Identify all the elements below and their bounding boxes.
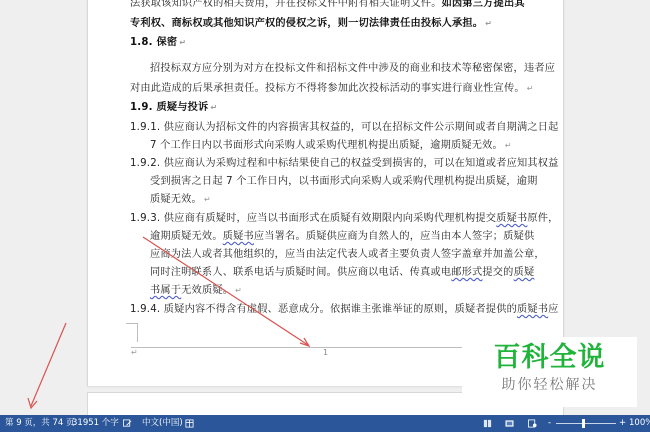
paragraph-mark: ↵ — [179, 38, 186, 47]
text-content: 对由此造成的后果承担责任。投标方不得将参加此次投标活动的事实进行商业性宣传。 — [130, 83, 525, 94]
print-layout-icon[interactable] — [505, 419, 514, 428]
zoom-slider-track[interactable] — [556, 423, 616, 424]
text-content: 7 个工作日内以书面形式向采购人或采购代理机构提出质疑，逾期质疑无效。 — [150, 140, 503, 151]
text-content: 提交的 — [482, 267, 513, 278]
text-segment-bold: 专利权、商标权或其他知识产权的侵权之诉，则一切法律责任由投标人承担。 — [130, 18, 483, 29]
clause-1-9-2-line-2: 受到损害之日起 7 个工作日内，以书面形式向采购人或采购代理机构提出质疑，逾期 — [150, 175, 538, 189]
text-content: 同时注明联系人、联系电话与质疑时间。供应商以电话、传真或电 — [150, 267, 451, 278]
zoom-in-button[interactable]: + — [619, 415, 626, 432]
text-line-confidential-1: 招投标双方应分别为对方在投标文件和招标文件中涉及的商业和技术等秘密保密，违者应 — [150, 62, 555, 76]
word-count-indicator[interactable]: 31951 个字 — [72, 415, 119, 432]
paragraph-mark: ↵ — [485, 19, 492, 28]
spellcheck-underlined-text[interactable]: 书属于 — [150, 285, 181, 296]
text-line-1: 法获取该知识产权的相关费用，并在投标文件中附有相关证明文件。如因第三方提出其 — [130, 0, 525, 11]
clause-1-9-4-line-1: 1.9.4. 质疑内容不得含有虚假、恶意成分。依据谁主张谁举证的原则，质疑者提供… — [130, 303, 559, 317]
watermark-title: 百科全说 — [462, 341, 637, 375]
text-content: 应 — [548, 304, 558, 315]
text-content: 1.9.1. 供应商认为招标文件的内容损害其权益的，可以在招标文件公示期间或者自… — [130, 122, 559, 133]
clause-1-9-3-line-2: 逾期质疑无效。质疑书应当署名。质疑供应商为自然人的，应当由本人签字；质疑供 — [150, 230, 534, 244]
text-content: 逾期质疑无效。 — [150, 231, 223, 242]
text-content: 招投标双方应分别为对方在投标文件和招标文件中涉及的商业和技术等秘密保密，违者应 — [150, 63, 555, 74]
text-content: 1.9.4. 质疑内容不得含有虚假、恶意成分。依据谁主张谁举证的原则，质疑者提供… — [130, 304, 517, 315]
watermark-subtitle: 助你轻松解决 — [462, 375, 637, 395]
text-segment-bold: 如因第三方提出其 — [442, 0, 525, 9]
heading-text: 1.9. 质疑与投诉 — [130, 102, 208, 113]
clause-1-9-3-line-3: 应商为法人或者其他组织的，应当由法定代表人或者主要负责人签字盖章并加盖公章， — [150, 248, 545, 262]
text-content: 应当署名。质疑供应商为自然人的，应当由本人签字；质疑供 — [254, 231, 534, 242]
read-mode-icon[interactable] — [483, 419, 492, 428]
clause-1-9-1-line-2: 7 个工作日内以书面形式向采购人或采购代理机构提出质疑，逾期质疑无效。↵ — [150, 139, 512, 153]
spellcheck-underlined-text[interactable]: 质疑 — [514, 267, 535, 278]
clause-1-9-2-line-3: 质疑无效。↵ — [150, 193, 211, 207]
zoom-out-button[interactable]: - — [548, 415, 551, 432]
language-indicator[interactable]: 中文(中国) — [142, 415, 183, 432]
paragraph-mark: ↵ — [204, 195, 211, 204]
page-count-indicator[interactable]: 第 9 页，共 74 页 — [5, 415, 75, 432]
clause-1-9-3-line-5: 书属于无效质疑。↵ — [150, 284, 242, 298]
watermark-badge: 百科全说 助你轻松解决 — [462, 337, 637, 407]
spellcheck-underlined-text[interactable]: 质疑书 — [223, 231, 254, 242]
spellcheck-underlined-text[interactable]: 质疑书 — [496, 213, 527, 224]
clause-1-9-1-line-1: 1.9.1. 供应商认为招标文件的内容损害其权益的，可以在招标文件公示期间或者自… — [130, 121, 559, 135]
heading-text: 1.8. 保密 — [130, 37, 177, 48]
footer-paragraph-mark: ↵ — [131, 348, 138, 357]
clause-1-9-3-line-4: 同时注明联系人、联系电话与质疑时间。供应商以电话、传真或电邮形式提交的质疑 — [150, 266, 534, 280]
spellcheck-underlined-text[interactable]: 质疑书 — [517, 304, 548, 315]
zoom-slider-thumb[interactable] — [582, 419, 585, 428]
web-layout-icon[interactable] — [528, 419, 537, 428]
heading-1-8: 1.8. 保密↵ — [130, 36, 186, 50]
text-content: 受到损害之日起 7 个工作日内，以书面形式向采购人或采购代理机构提出质疑，逾期 — [150, 176, 538, 187]
text-line-2: 专利权、商标权或其他知识产权的侵权之诉，则一切法律责任由投标人承担。↵ — [130, 17, 492, 31]
macro-icon[interactable] — [185, 419, 194, 428]
text-segment: 法获取该知识产权的相关费用，并在投标文件中附有相关证明文件。 — [130, 0, 442, 9]
footer-page-number: 1 — [323, 348, 328, 357]
heading-1-9: 1.9. 质疑与投诉↵ — [130, 101, 217, 115]
footer-margin-corner-left — [126, 323, 138, 342]
spellcheck-underlined-text[interactable]: 邮形式 — [451, 267, 482, 278]
text-content: 无效质疑。 — [181, 285, 233, 296]
paragraph-mark: ↵ — [235, 286, 242, 295]
document-page[interactable]: 法获取该知识产权的相关费用，并在投标文件中附有相关证明文件。如因第三方提出其 专… — [87, 0, 564, 386]
paragraph-mark: ↵ — [210, 103, 217, 112]
paragraph-mark: ↵ — [527, 84, 534, 93]
clause-1-9-3-line-1: 1.9.3. 供应商有质疑时，应当以书面形式在质疑有效期限内向采购代理机构提交质… — [130, 212, 559, 226]
text-content: 原件， — [527, 213, 558, 224]
status-bar: 第 9 页，共 74 页 31951 个字 中文(中国) - + 100% — [0, 415, 650, 432]
clause-1-9-2-line-1: 1.9.2. 供应商认为采购过程和中标结果使自己的权益受到损害的，可以在知道或者… — [130, 157, 559, 171]
text-content: 1.9.2. 供应商认为采购过程和中标结果使自己的权益受到损害的，可以在知道或者… — [130, 158, 559, 169]
zoom-level-indicator[interactable]: 100% — [629, 415, 650, 432]
text-line-confidential-2: 对由此造成的后果承担责任。投标方不得将参加此次投标活动的事实进行商业性宣传。↵ — [130, 82, 534, 96]
proofing-icon[interactable] — [123, 419, 132, 428]
text-content: 质疑无效。 — [150, 194, 202, 205]
paragraph-mark: ↵ — [505, 141, 512, 150]
text-content: 1.9.3. 供应商有质疑时，应当以书面形式在质疑有效期限内向采购代理机构提交 — [130, 213, 496, 224]
text-content: 应商为法人或者其他组织的，应当由法定代表人或者主要负责人签字盖章并加盖公章， — [150, 249, 545, 260]
